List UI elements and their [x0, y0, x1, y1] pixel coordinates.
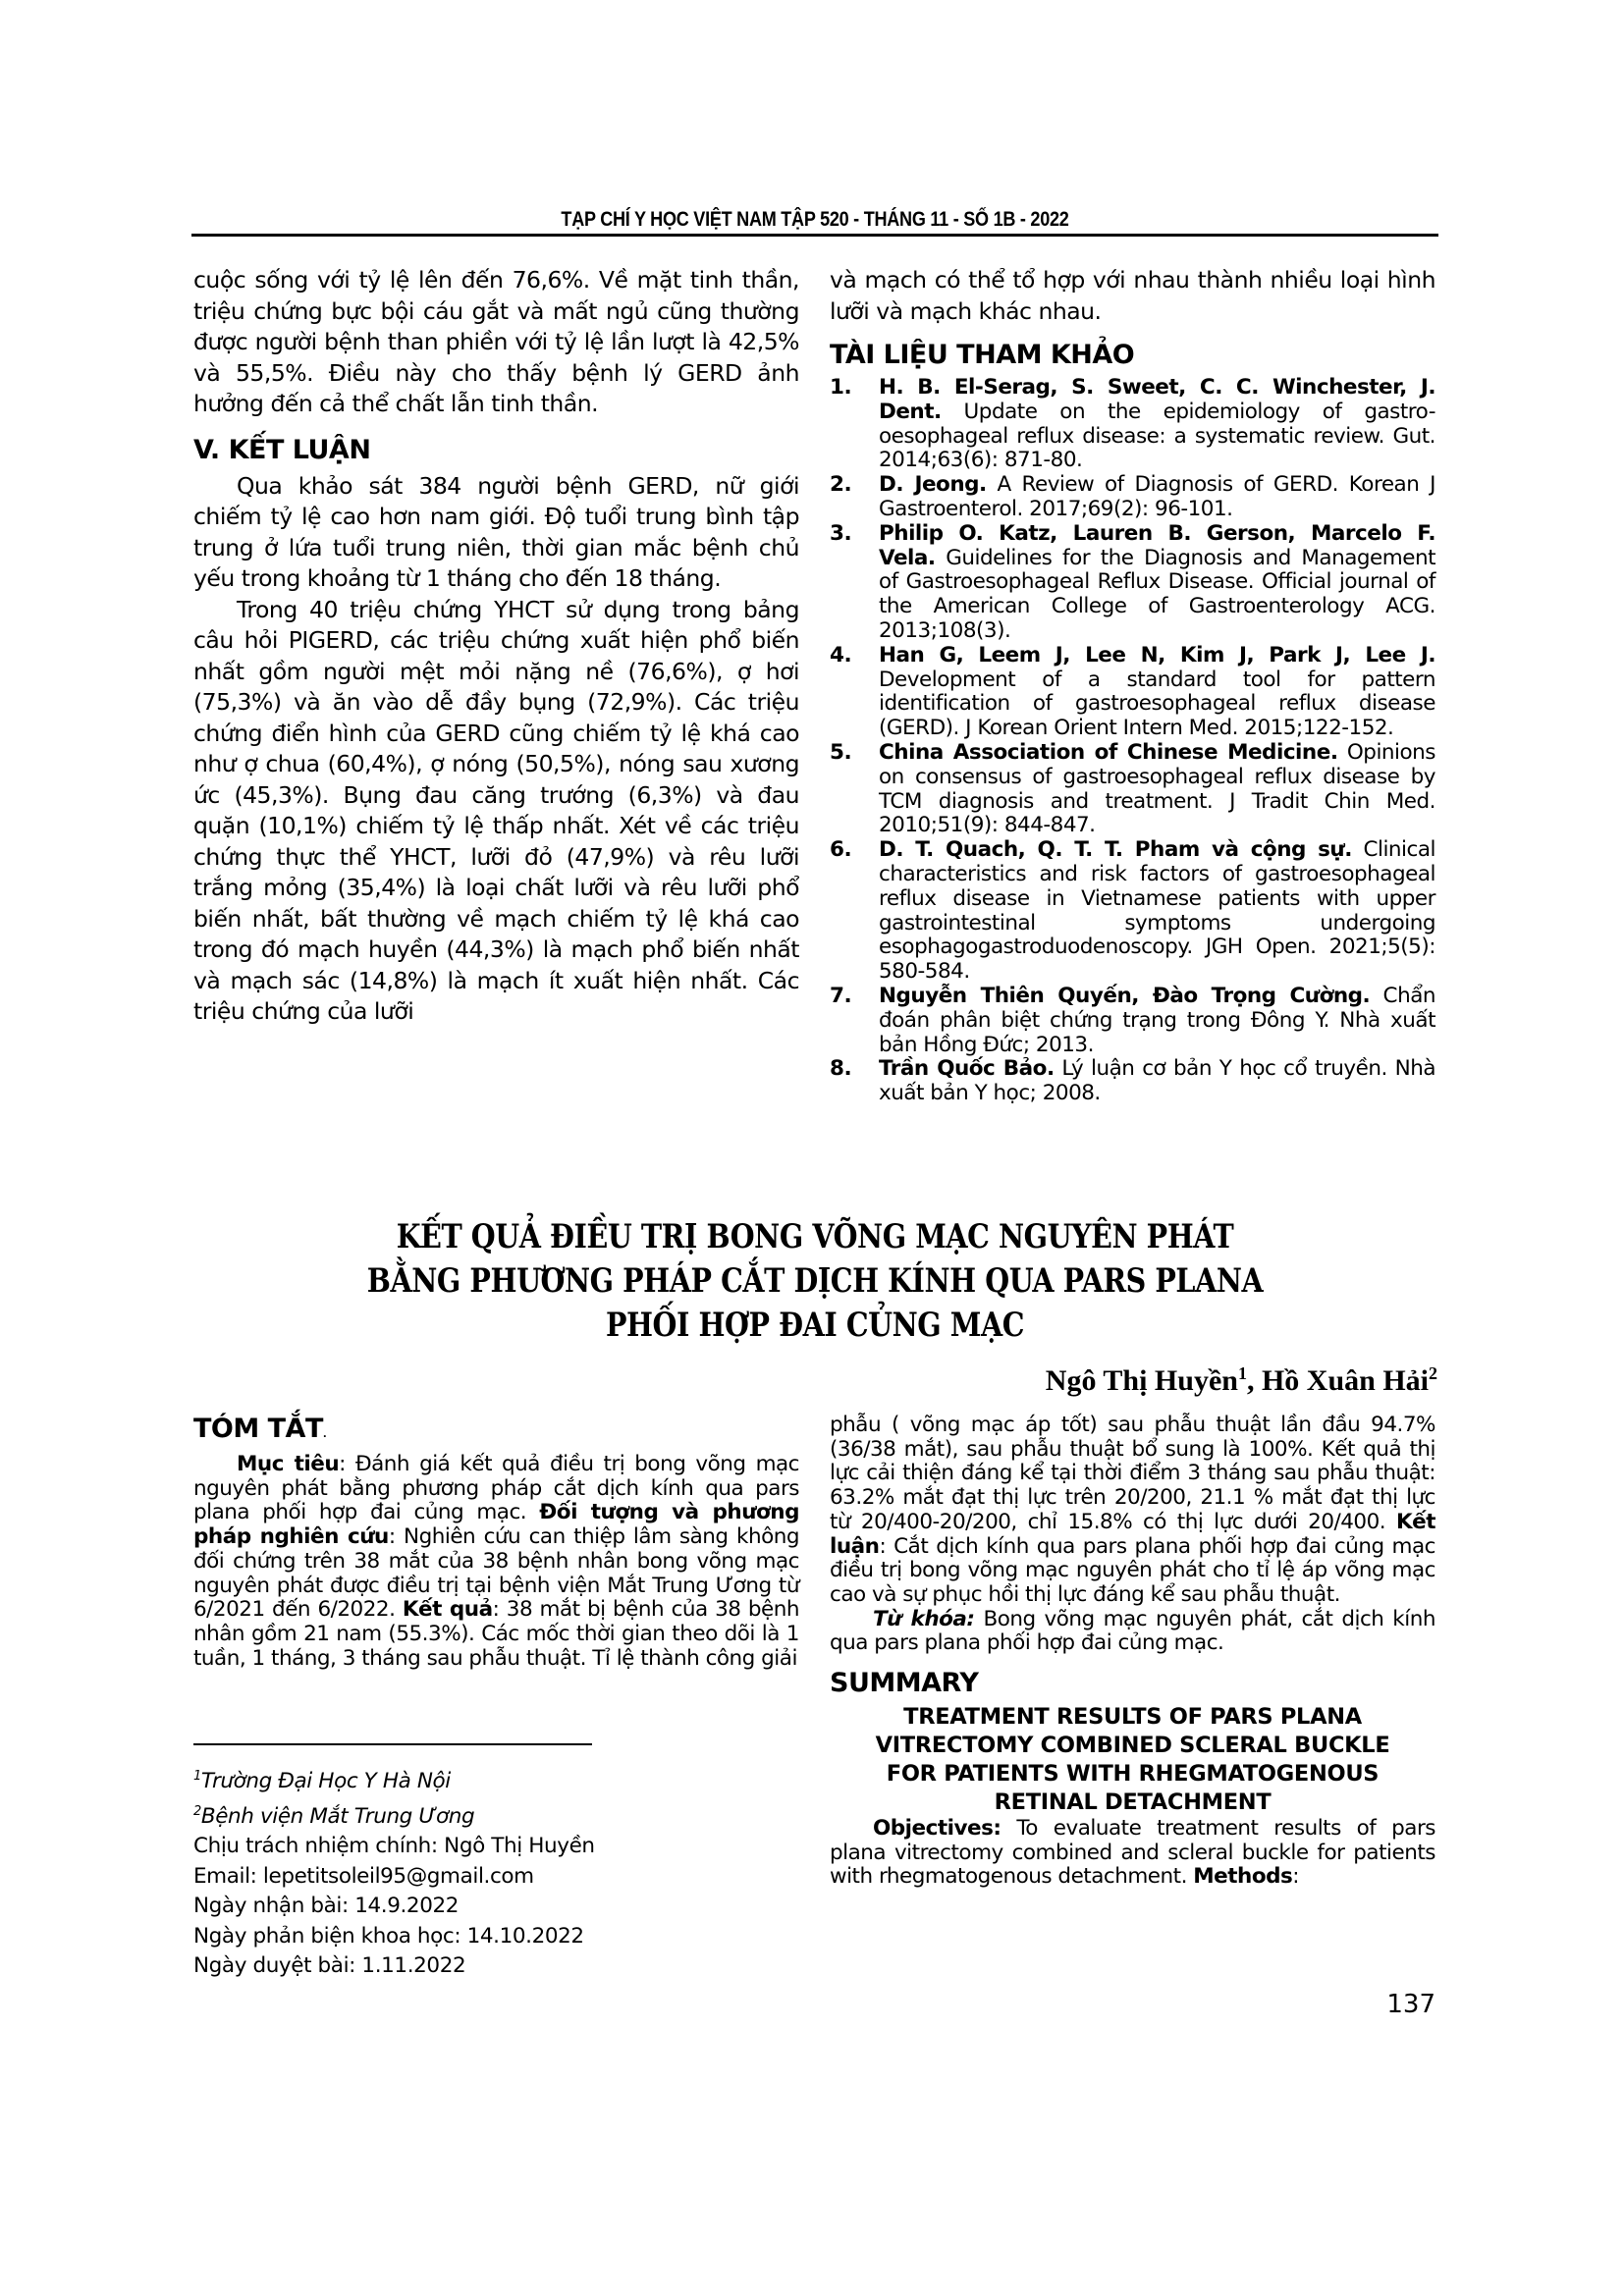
body-paragraph: và mạch có thể tổ hợp với nhau thành nhi… — [830, 265, 1435, 327]
reference-citation: Update on the epidemiology of gastro-oes… — [879, 400, 1435, 473]
reference-text: H. B. El-Serag, S. Sweet, C. C. Winchest… — [879, 376, 1435, 473]
results-label: Kết quả — [403, 1597, 493, 1622]
prev-article-right-column: và mạch có thể tổ hợp với nhau thành nhi… — [830, 265, 1435, 1106]
journal-header: TẠP CHÍ Y HỌC VIỆT NAM TẬP 520 - THÁNG 1… — [279, 208, 1351, 232]
reference-list: 1.H. B. El-Serag, S. Sweet, C. C. Winche… — [830, 376, 1435, 1106]
heading-dot: . — [323, 1429, 326, 1440]
reference-text: D. T. Quach, Q. T. T. Pham và cộng sự. C… — [879, 838, 1435, 985]
summary-title-line: FOR PATIENTS WITH RHEGMATOGENOUS — [830, 1760, 1435, 1789]
reference-authors: D. Jeong. — [879, 472, 987, 497]
reference-text: Nguyễn Thiên Quyến, Đào Trọng Cường. Chẩ… — [879, 985, 1435, 1057]
abstract-right-column: phẫu ( võng mạc áp tốt) sau phẫu thuật l… — [830, 1414, 1435, 1890]
summary-title-line: VITRECTOMY COMBINED SCLERAL BUCKLE — [830, 1732, 1435, 1760]
footnote-rule — [193, 1743, 592, 1745]
reference-authors: Nguyễn Thiên Quyến, Đào Trọng Cường. — [879, 984, 1370, 1008]
reference-text: Han G, Leem J, Lee N, Kim J, Park J, Lee… — [879, 644, 1435, 741]
results-text-continued: phẫu ( võng mạc áp tốt) sau phẫu thuật l… — [830, 1413, 1435, 1534]
abstract-heading-text: TÓM TẮT — [193, 1414, 323, 1444]
title-line: BẰNG PHƯƠNG PHÁP CẮT DỊCH KÍNH QUA PARS … — [292, 1259, 1339, 1304]
reference-item: 1.H. B. El-Serag, S. Sweet, C. C. Winche… — [830, 376, 1435, 473]
article-title: KẾT QUẢ ĐIỀU TRỊ BONG VÕNG MẠC NGUYÊN PH… — [292, 1215, 1339, 1348]
affiliation-sup: 2 — [193, 1804, 201, 1819]
affiliation-text: Trường Đại Học Y Hà Nội — [201, 1769, 451, 1793]
summary-title: TREATMENT RESULTS OF PARS PLANA VITRECTO… — [830, 1703, 1435, 1817]
reference-text: Trần Quốc Bảo. Lý luận cơ bản Y học cổ t… — [879, 1057, 1435, 1106]
date-received: Ngày nhận bài: 14.9.2022 — [193, 1892, 595, 1922]
keywords-label: Từ khóa: — [873, 1607, 975, 1631]
date-accepted: Ngày duyệt bài: 1.11.2022 — [193, 1951, 595, 1982]
affiliation-text: Bệnh viện Mắt Trung Ương — [201, 1804, 474, 1829]
reference-item: 8.Trần Quốc Bảo. Lý luận cơ bản Y học cổ… — [830, 1057, 1435, 1106]
methods-text: : — [1292, 1864, 1299, 1889]
summary-title-line: TREATMENT RESULTS OF PARS PLANA — [830, 1703, 1435, 1732]
affiliation-marker: 1 — [1238, 1363, 1247, 1383]
reference-authors: Han G, Leem J, Lee N, Kim J, Park J, Lee… — [879, 643, 1435, 667]
reference-authors: Trần Quốc Bảo. — [879, 1056, 1055, 1081]
reference-text: China Association of Chinese Medicine. O… — [879, 741, 1435, 838]
author-name: Ngô Thị Huyền — [1046, 1364, 1238, 1397]
affiliation-1: 1Trường Đại Học Y Hà Nội — [193, 1762, 595, 1797]
reference-citation: Development of a standard tool for patte… — [879, 667, 1435, 741]
author-separator: , — [1247, 1364, 1262, 1397]
reference-item: 2.D. Jeong. A Review of Diagnosis of GER… — [830, 473, 1435, 522]
reference-item: 5.China Association of Chinese Medicine.… — [830, 741, 1435, 838]
reference-authors: China Association of Chinese Medicine. — [879, 740, 1338, 765]
affiliation-marker: 2 — [1429, 1363, 1437, 1383]
reference-authors: D. T. Quach, Q. T. T. Pham và cộng sự. — [879, 837, 1352, 862]
reference-number: 8. — [830, 1057, 879, 1106]
reference-number: 3. — [830, 522, 879, 644]
reference-text: D. Jeong. A Review of Diagnosis of GERD.… — [879, 473, 1435, 522]
reference-number: 5. — [830, 741, 879, 838]
summary-heading: SUMMARY — [830, 1668, 1435, 1699]
keywords: Từ khóa: Bong võng mạc nguyên phát, cắt … — [830, 1608, 1435, 1656]
methods-label: Methods — [1193, 1864, 1292, 1889]
page-number: 137 — [1386, 1990, 1435, 2019]
body-paragraph: cuộc sống với tỷ lệ lên đến 76,6%. Về mặ… — [193, 265, 799, 420]
body-paragraph: Trong 40 triệu chứng YHCT sử dụng trong … — [193, 595, 799, 1028]
summary-title-line: RETINAL DETACHMENT — [830, 1789, 1435, 1817]
reference-number: 7. — [830, 985, 879, 1057]
objectives-label: Objectives: — [873, 1816, 1001, 1841]
section-heading-conclusion: V. KẾT LUẬN — [193, 434, 799, 467]
affiliation-sup: 1 — [193, 1769, 201, 1784]
email-link[interactable]: Email: lepetitsoleil95@gmail.com — [193, 1862, 595, 1893]
reference-item: 4.Han G, Leem J, Lee N, Kim J, Park J, L… — [830, 644, 1435, 741]
reference-item: 7.Nguyễn Thiên Quyến, Đào Trọng Cường. C… — [830, 985, 1435, 1057]
reference-number: 4. — [830, 644, 879, 741]
reference-item: 6.D. T. Quach, Q. T. T. Pham và cộng sự.… — [830, 838, 1435, 985]
reference-text: Philip O. Katz, Lauren B. Gerson, Marcel… — [879, 522, 1435, 644]
footnotes: 1Trường Đại Học Y Hà Nội 2Bệnh viện Mắt … — [193, 1762, 595, 1982]
title-line: KẾT QUẢ ĐIỀU TRỊ BONG VÕNG MẠC NGUYÊN PH… — [292, 1215, 1339, 1259]
date-reviewed: Ngày phản biện khoa học: 14.10.2022 — [193, 1922, 595, 1952]
article-authors: Ngô Thị Huyền1, Hồ Xuân Hải2 — [1046, 1363, 1437, 1398]
conclusion-text: : Cắt dịch kính qua pars plana phối hợp … — [830, 1534, 1435, 1607]
reference-number: 1. — [830, 376, 879, 473]
objective-label: Mục tiêu — [237, 1452, 339, 1476]
body-paragraph: Qua khảo sát 384 người bệnh GERD, nữ giớ… — [193, 471, 799, 595]
summary-paragraph: Objectives: To evaluate treatment result… — [830, 1817, 1435, 1890]
references-heading: TÀI LIỆU THAM KHẢO — [830, 339, 1435, 372]
header-rule — [191, 234, 1438, 237]
reference-item: 3.Philip O. Katz, Lauren B. Gerson, Marc… — [830, 522, 1435, 644]
abstract-heading: TÓM TẮT. — [193, 1414, 799, 1451]
title-line: PHỐI HỢP ĐAI CỦNG MẠC — [292, 1304, 1339, 1348]
abstract-paragraph-continued: phẫu ( võng mạc áp tốt) sau phẫu thuật l… — [830, 1414, 1435, 1608]
author-name: Hồ Xuân Hải — [1262, 1364, 1429, 1397]
abstract-left-column: TÓM TẮT. Mục tiêu: Đánh giá kết quả điều… — [193, 1414, 799, 1671]
reference-number: 6. — [830, 838, 879, 985]
prev-article-left-column: cuộc sống với tỷ lệ lên đến 76,6%. Về mặ… — [193, 265, 799, 1028]
affiliation-2: 2Bệnh viện Mắt Trung Ương — [193, 1797, 595, 1833]
abstract-paragraph: Mục tiêu: Đánh giá kết quả điều trị bong… — [193, 1453, 799, 1671]
reference-number: 2. — [830, 473, 879, 522]
corresponding-author: Chịu trách nhiệm chính: Ngô Thị Huyền — [193, 1832, 595, 1862]
reference-citation: Guidelines for the Diagnosis and Managem… — [879, 546, 1435, 643]
